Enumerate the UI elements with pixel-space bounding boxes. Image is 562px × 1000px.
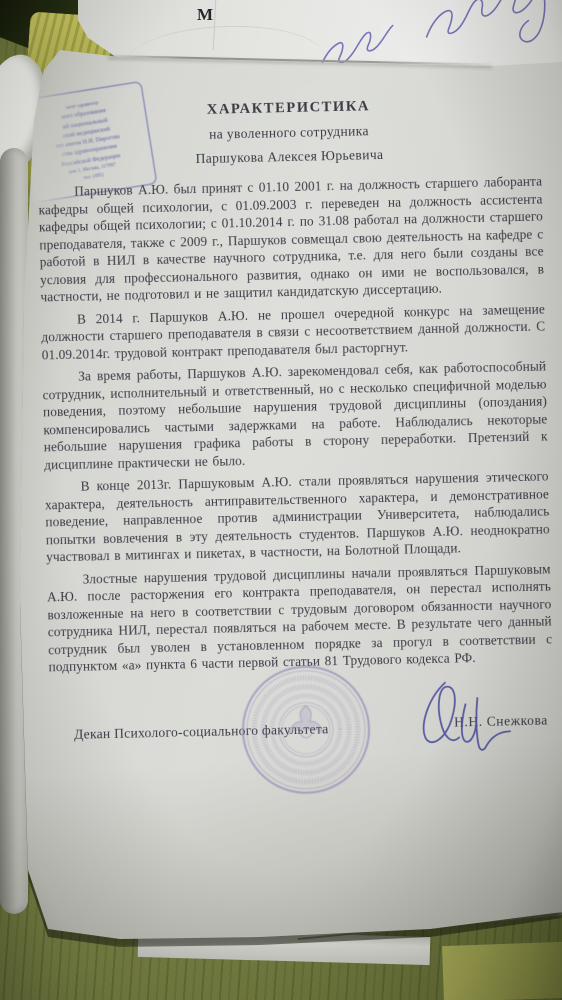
photo-scene: М мент здравоохр ного образования ий нац… <box>0 0 562 1000</box>
paragraph: Паршуков А.Ю. был принят с 01.10 2001 г.… <box>38 172 545 305</box>
desk-wood-patch <box>442 942 562 1000</box>
paragraph: В конце 2013г. Паршуковым А.Ю. стали про… <box>44 467 550 565</box>
paragraph: В 2014 г. Паршуков А.Ю. не прошел очеред… <box>41 300 546 363</box>
document-body: Паршуков А.Ю. был принят с 01.10 2001 г.… <box>38 172 553 675</box>
signature-block: Декан Психолого-социального факультета Н… <box>49 670 556 831</box>
paragraph: За время работы, Паршуков А.Ю. зарекомен… <box>42 357 548 473</box>
document-subject-name: Паршукова Алексея Юрьевича <box>37 143 541 170</box>
document-subtitle: на уволенного сотрудника <box>37 119 541 146</box>
document-page: мент здравоохр ного образования ий нацио… <box>16 44 562 944</box>
background-sheet-letter: М <box>197 5 213 25</box>
round-seal-stamp <box>237 660 376 799</box>
document-title: ХАРАКТЕРИСТИКА <box>36 94 540 122</box>
signature-ink <box>411 670 533 765</box>
paragraph: Злостные нарушения трудовой дисциплины н… <box>46 560 552 676</box>
document-content: ХАРАКТЕРИСТИКА на уволенного сотрудника … <box>36 83 558 940</box>
double-headed-eagle-emblem <box>287 705 324 738</box>
